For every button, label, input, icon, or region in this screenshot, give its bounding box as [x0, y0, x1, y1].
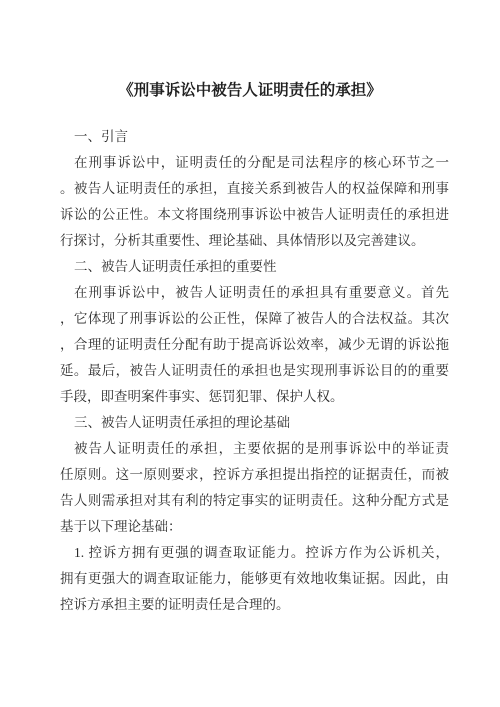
text-line: ，它体现了刑事诉讼的公正性，保障了被告人的合法权益。其次 — [60, 306, 449, 332]
text-line: 延。最后，被告人证明责任的承担也是实现刑事诉讼目的的重要 — [60, 358, 449, 384]
text-line: 行探讨，分析其重要性、理论基础、具体情形以及完善建议。 — [60, 228, 449, 254]
text-line: 任原则。这一原则要求，控诉方承担提出指控的证据责任，而被 — [60, 462, 449, 488]
text-line: 在刑事诉讼中，被告人证明责任的承担具有重要意义。首先 — [60, 280, 449, 306]
text-line: 诉讼的公正性。本文将围绕刑事诉讼中被告人证明责任的承担进 — [60, 202, 449, 228]
section-heading: 一、引言 — [60, 124, 449, 150]
text-line: 被告人证明责任的承担，主要依据的是刑事诉讼中的举证责 — [60, 436, 449, 462]
document-body: 一、引言在刑事诉讼中，证明责任的分配是司法程序的核心环节之一。被告人证明责任的承… — [60, 124, 449, 618]
text-line: ，合理的证明责任分配有助于提高诉讼效率，减少无谓的诉讼拖 — [60, 332, 449, 358]
text-line: 告人则需承担对其有利的特定事实的证明责任。这种分配方式是 — [60, 488, 449, 514]
document-title: 《刑事诉讼中被告人证明责任的承担》 — [0, 0, 500, 104]
text-line: 1. 控诉方拥有更强的调查取证能力。控诉方作为公诉机关， — [60, 540, 449, 566]
document-page: 《刑事诉讼中被告人证明责任的承担》 一、引言在刑事诉讼中，证明责任的分配是司法程… — [0, 0, 500, 707]
section-heading: 二、被告人证明责任承担的重要性 — [60, 254, 449, 280]
text-line: 基于以下理论基础： — [60, 514, 449, 540]
text-line: 控诉方承担主要的证明责任是合理的。 — [60, 592, 449, 618]
text-line: 拥有更强大的调查取证能力，能够更有效地收集证据。因此，由 — [60, 566, 449, 592]
text-line: 手段，即查明案件事实、惩罚犯罪、保护人权。 — [60, 384, 449, 410]
text-line: 在刑事诉讼中，证明责任的分配是司法程序的核心环节之一 — [60, 150, 449, 176]
section-heading: 三、被告人证明责任承担的理论基础 — [60, 410, 449, 436]
text-line: 。被告人证明责任的承担，直接关系到被告人的权益保障和刑事 — [60, 176, 449, 202]
